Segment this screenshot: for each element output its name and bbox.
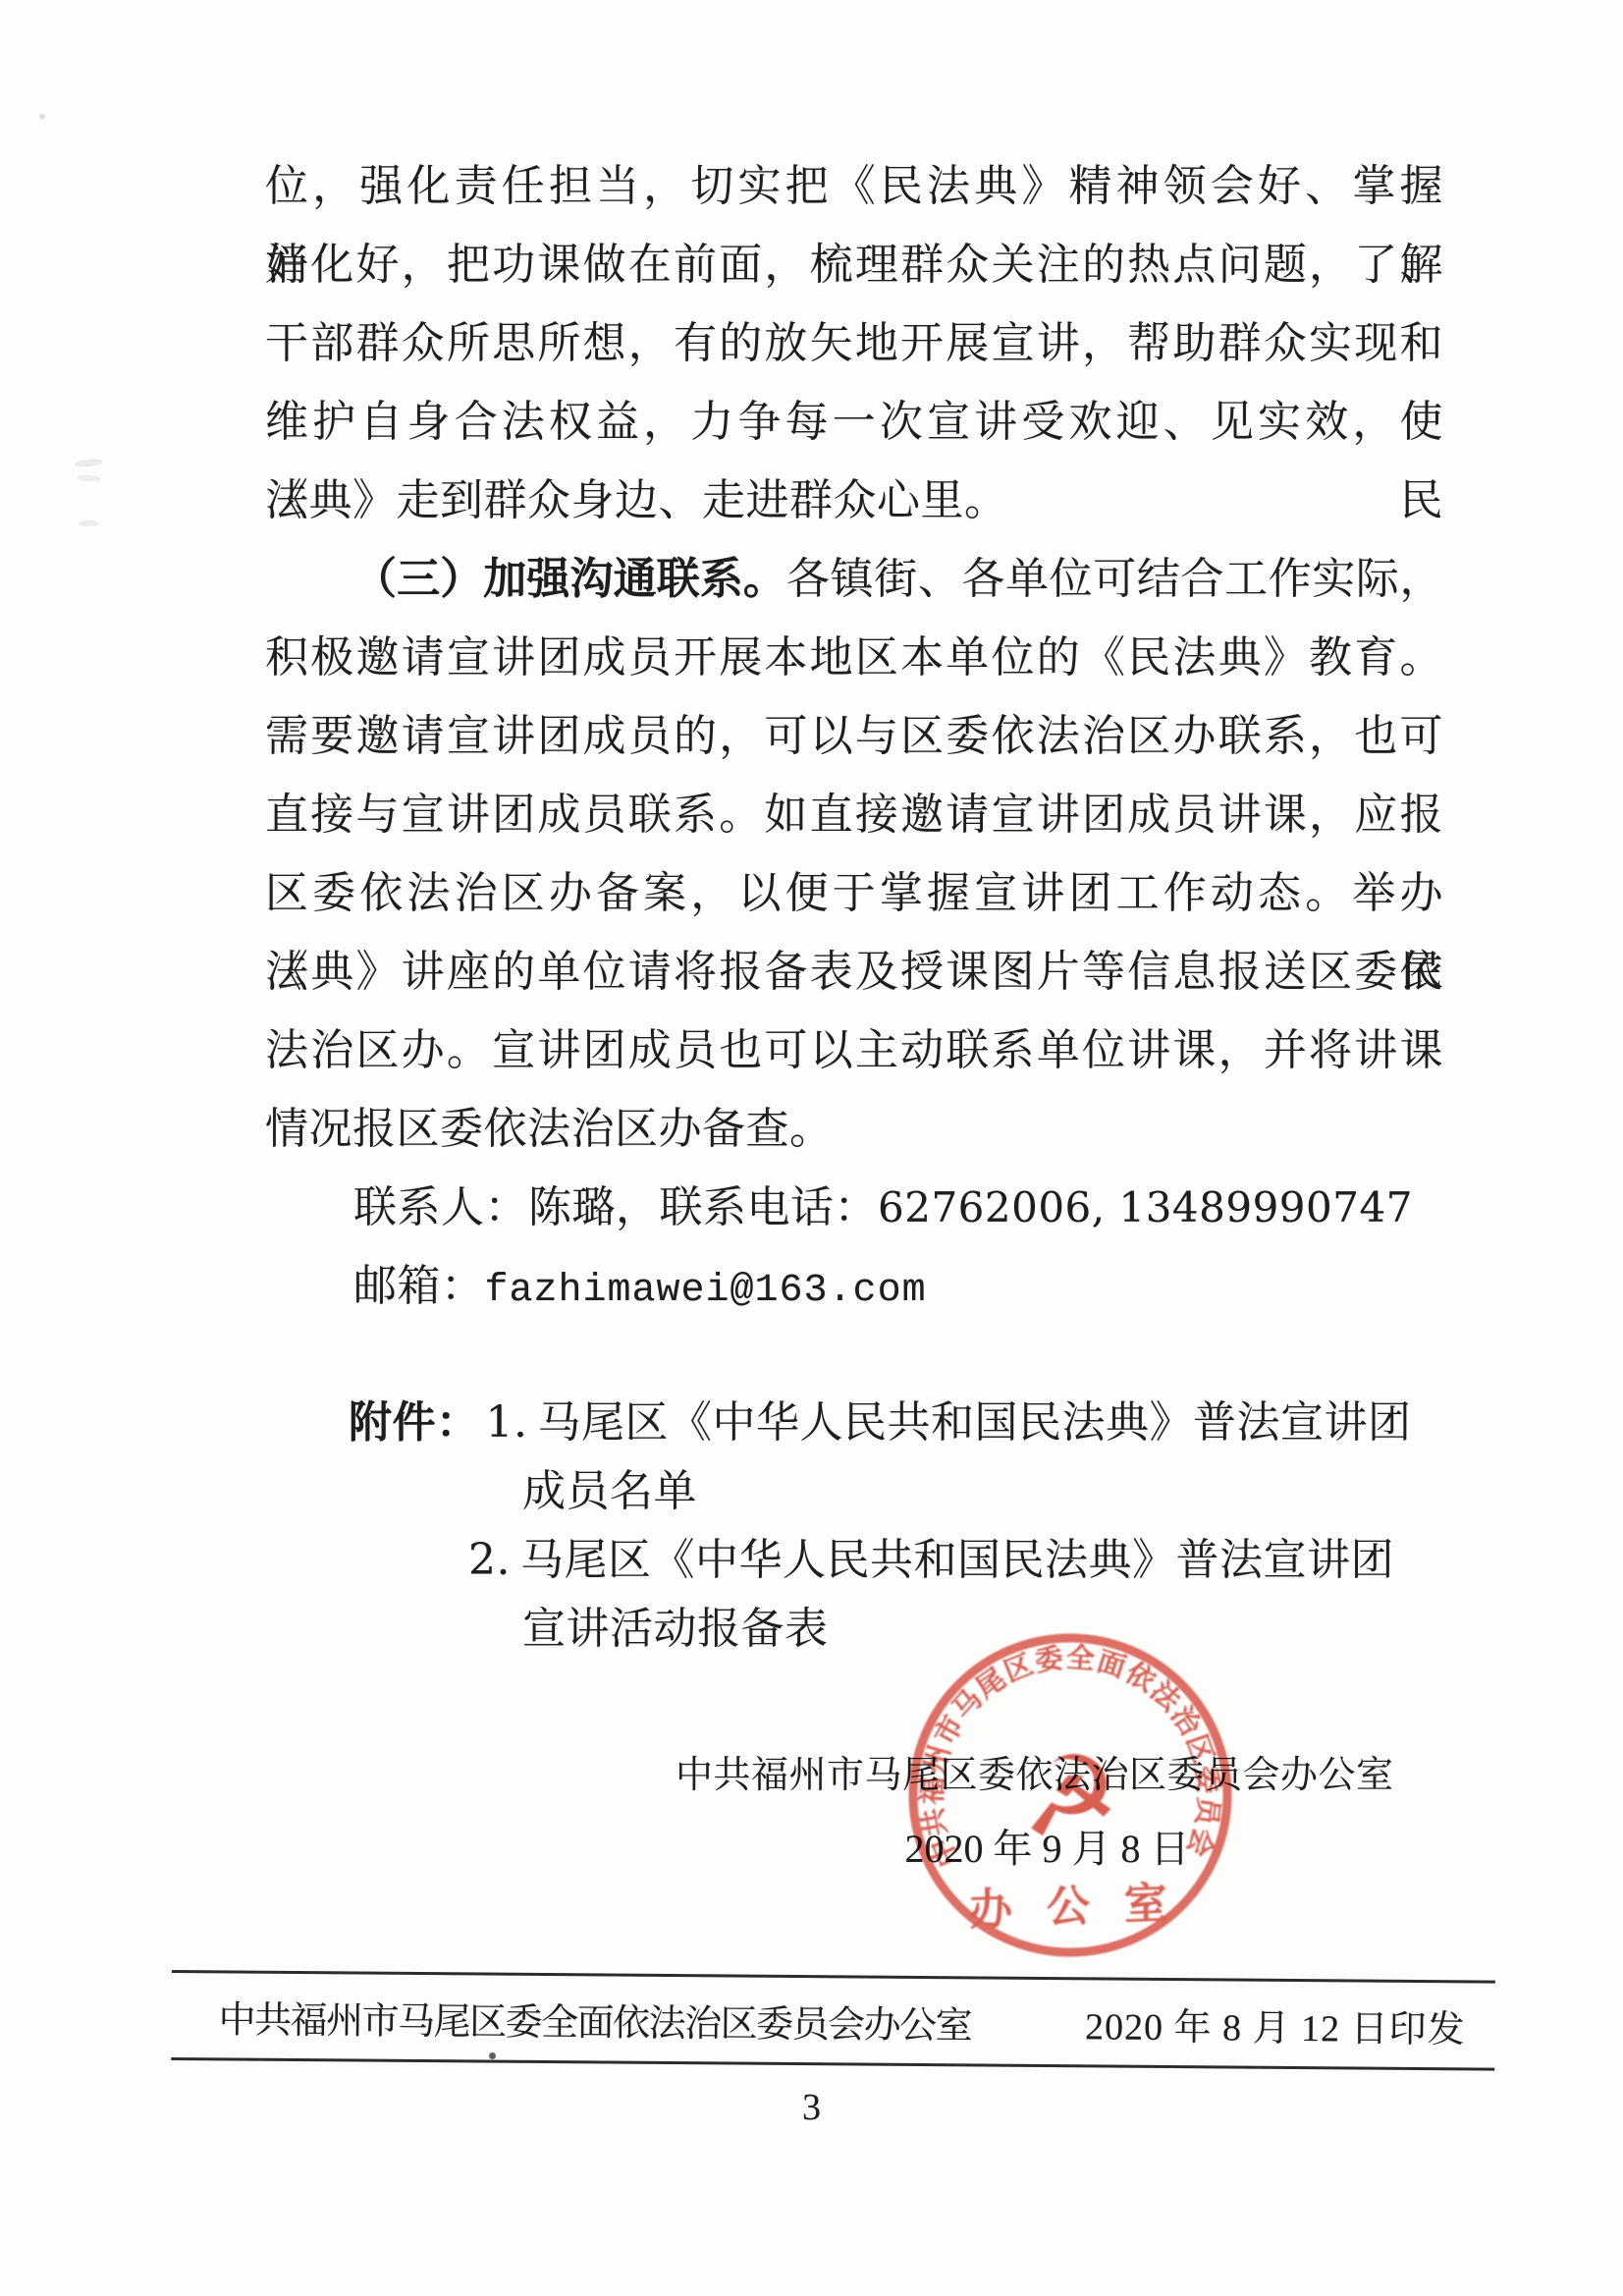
attachment-item-1: 附件：1.马尾区《中华人民共和国民法典》普法宣讲团 [349,1389,1411,1457]
footer-imprint: 中共福州市马尾区委全面依法治区委员会办公室 2020 年 8 月 12 日印发 [171,1970,1495,2071]
body-line: 干部群众所思所想，有的放矢地开展宣讲，帮助群众实现和 [265,304,1443,383]
body-line: 法典》讲座的单位请将报备表及授课图片等信息报送区委依 [265,933,1443,1011]
email-address: fazhimawei@163.com [485,1269,927,1313]
attachment-item-text: 宣讲活动报备表 [522,1605,829,1653]
attachment-item-2: 2.马尾区《中华人民共和国民法典》普法宣讲团 [468,1526,1394,1595]
body-line: 消化好，把功课做在前面，梳理群众关注的热点问题，了解 [265,226,1443,304]
contact-label: 联系人：陈璐，联系电话： [353,1183,878,1231]
body-line: 位，强化责任担当，切实把《民法典》精神领会好、掌握好、 [265,147,1443,226]
paragraph-heading: （三）加强沟通联系。 [353,554,786,604]
attachment-item-1-continuation: 成员名单 [522,1457,697,1526]
footer-issuer: 中共福州市马尾区委全面依法治区委员会办公室 [218,1989,971,2049]
email-line: 邮箱：fazhimawei@163.com [265,1247,1443,1326]
footer-row: 中共福州市马尾区委全面依法治区委员会办公室 2020 年 8 月 12 日印发 [171,1973,1495,2068]
scan-artifact [77,474,100,482]
contact-phone-numbers: 62762006, 13489990747 [878,1183,1413,1231]
paragraph-heading-rest: 各镇街、各单位可结合工作实际， [786,555,1443,603]
body-line: 需要邀请宣讲团成员的，可以与区委依法治区办联系，也可 [265,697,1443,776]
body-line: 积极邀请宣讲团成员开展本地区本单位的《民法典》教育。 [265,619,1443,697]
page-number: 3 [0,2080,1623,2135]
attachment-item-number: 2. [468,1535,511,1585]
body-line: 区委依法治区办备案，以便于掌握宣讲团工作动态。举办《民 [265,854,1443,933]
signature-date: 2020 年 9 月 8 日 [676,1822,1419,1877]
attachment-item-text: 马尾区《中华人民共和国民法典》普法宣讲团 [520,1536,1394,1584]
scan-artifact [75,459,103,468]
body-line: 情况报区委依法治区办备查。 [265,1090,1443,1169]
signature-org: 中共福州市马尾区委依法治区委员会办公室 [676,1748,1394,1803]
attachment-item-text: 成员名单 [522,1467,697,1515]
contact-line: 联系人：陈璐，联系电话：62762006, 13489990747 [265,1169,1443,1247]
attachment-item-text: 马尾区《中华人民共和国民法典》普法宣讲团 [537,1398,1411,1447]
paragraph-heading-line: （三）加强沟通联系。各镇街、各单位可结合工作实际， [265,540,1443,619]
footer-print-date: 2020 年 8 月 12 日印发 [1085,1995,1466,2052]
body-line: 直接与宣讲团成员联系。如直接邀请宣讲团成员讲课，应报 [265,776,1443,854]
document-body: 位，强化责任担当，切实把《民法典》精神领会好、掌握好、 消化好，把功课做在前面，… [265,147,1443,1326]
scan-artifact [79,520,98,526]
stamp-office-text: 办 公 室 [968,1879,1180,1934]
scan-artifact [39,114,45,119]
attachment-label: 附件： [349,1397,480,1448]
body-line: 维护自身合法权益，力争每一次宣讲受欢迎、见实效，使《民 [265,383,1443,462]
scanned-document-page: 位，强化责任担当，切实把《民法典》精神领会好、掌握好、 消化好，把功课做在前面，… [0,0,1623,2296]
body-line: 法治区办。宣讲团成员也可以主动联系单位讲课，并将讲课 [265,1011,1443,1090]
attachment-item-2-continuation: 宣讲活动报备表 [522,1595,829,1664]
attachment-item-number: 1. [486,1397,528,1448]
email-label: 邮箱： [353,1262,485,1310]
